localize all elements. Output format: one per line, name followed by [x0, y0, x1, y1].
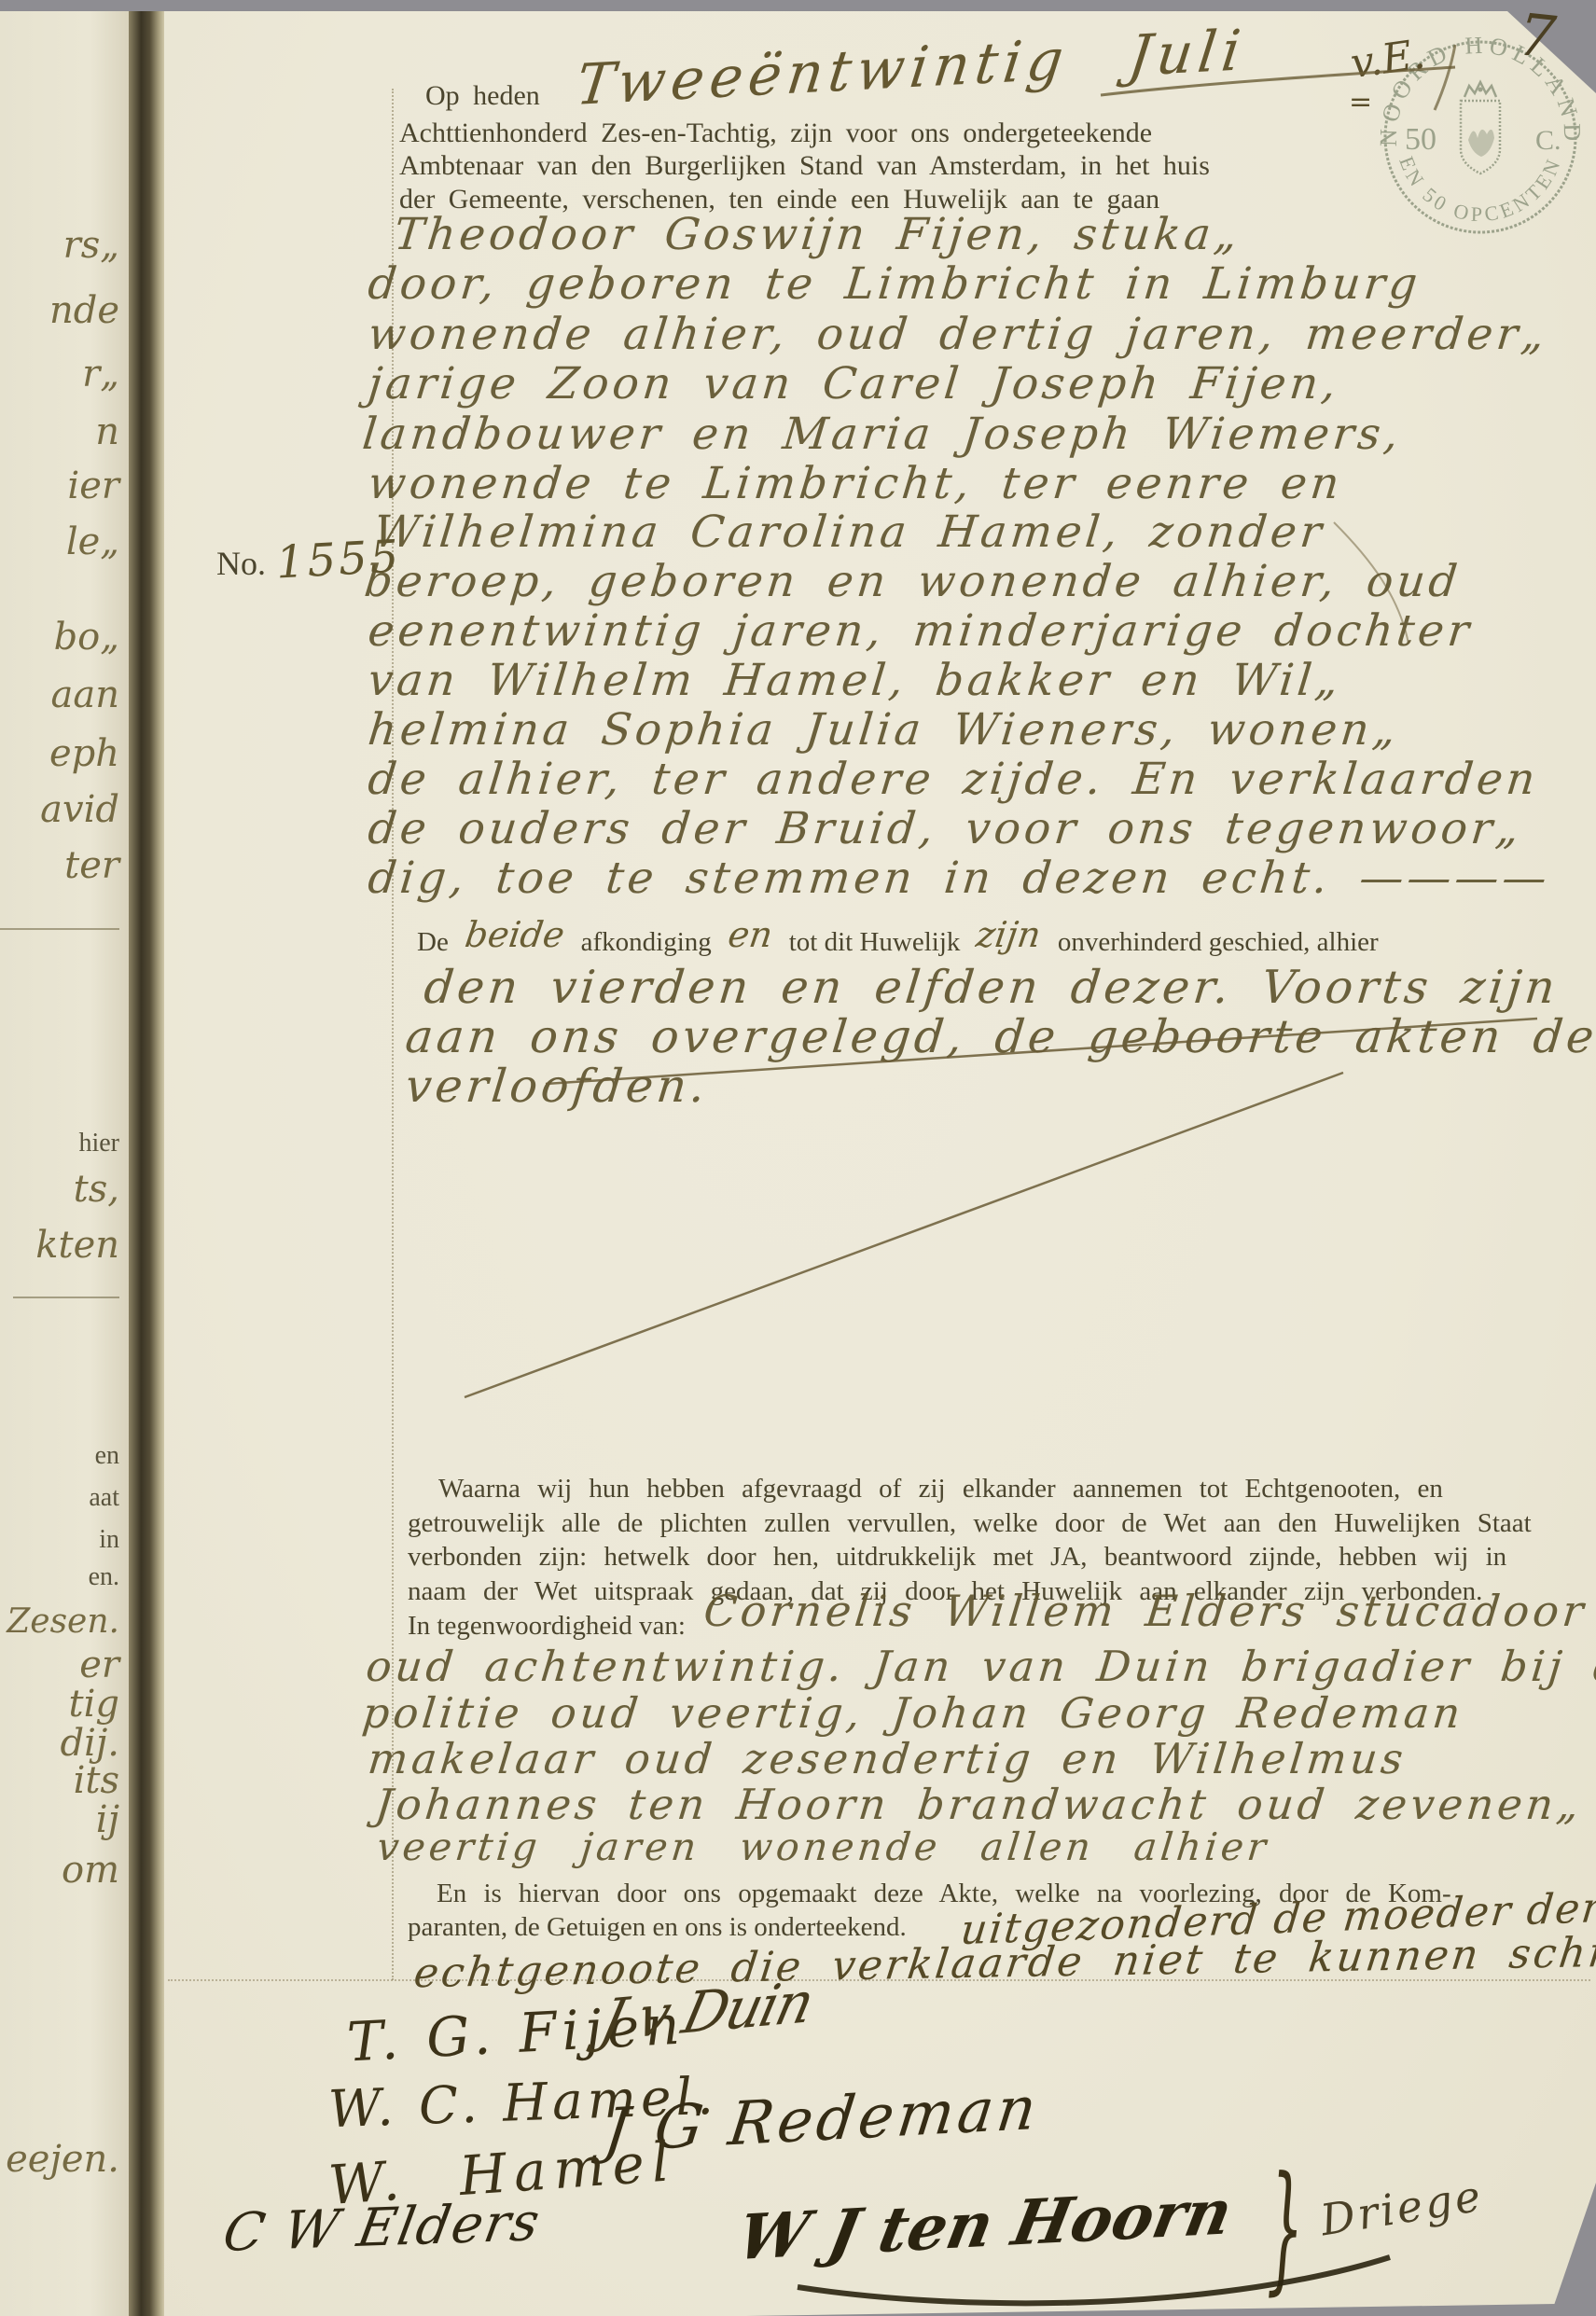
marriage-record-scan: rs„ nde r„ n ier le„ bo„ aan eph avid te…	[0, 0, 1596, 2316]
left-page-fragment: ier	[67, 465, 119, 507]
stamp-value-c: C.	[1535, 125, 1561, 156]
act-number-label: No.	[216, 544, 266, 583]
declaration-line: Waarna wij hun hebben afgevraagd of zij …	[438, 1474, 1443, 1505]
left-page-fragment: le„	[66, 520, 119, 563]
left-page-fragment: om	[62, 1849, 119, 1892]
left-page-fragment: r„	[82, 353, 119, 395]
left-page-fragment: eejen.	[6, 2138, 119, 2181]
left-page-fragment: n	[95, 410, 119, 453]
witness-line: politie oud veertig, Johan Georg Redeman	[360, 1688, 1466, 1738]
left-page-rule	[0, 928, 119, 930]
body-line: Wilhelmina Carolina Hamel, zonder	[371, 506, 1327, 558]
printed-intro: Op heden	[425, 80, 540, 112]
body-line: dig, toe te stemmen in dezen echt. ————	[366, 853, 1553, 904]
signature-witness-elders: C W Elders	[218, 2192, 546, 2264]
banns-printed: afkondiging	[581, 927, 712, 957]
left-page-fragment: nde	[49, 289, 119, 332]
banns-handwritten: beide	[463, 914, 567, 955]
declaration-line: verbonden zijn: hetwelk door hen, uitdru…	[408, 1542, 1506, 1573]
left-page-fragment: ts,	[74, 1168, 119, 1211]
banns-line: De beide afkondiging en tot dit Huwelijk…	[417, 918, 1379, 959]
body-line: wonende alhier, oud dertig jaren, meerde…	[366, 309, 1550, 360]
banns-handwritten-line: verloofden.	[403, 1060, 711, 1113]
left-page-fragment: in	[99, 1525, 119, 1555]
left-page-fragment: aan	[51, 673, 119, 716]
svg-text:EN 50 OPCENTEN: EN 50 OPCENTEN	[1395, 153, 1566, 226]
body-line: landbouwer en Maria Joseph Wiemers,	[360, 409, 1405, 460]
banns-handwritten-line: aan ons overgelegd, de geboorte akten de…	[403, 1010, 1596, 1063]
banns-printed: onverhinderd geschied, alhier	[1058, 927, 1379, 957]
header-line: Ambtenaar van den Burgerlijken Stand van…	[399, 150, 1210, 182]
witness-line: makelaar oud zesendertig en Wilhelmus	[366, 1734, 1409, 1783]
banns-handwritten: en	[726, 914, 775, 955]
left-page-fragment: rs„	[63, 224, 119, 267]
witness-intro: In tegenwoordigheid van:	[408, 1611, 686, 1642]
body-line: van Wilhelm Hamel, bakker en Wil„	[366, 655, 1344, 706]
header-line: Achttienhonderd Zes-en-Tachtig, zijn voo…	[399, 118, 1152, 149]
left-page-fragment: en.	[89, 1562, 119, 1592]
witness-name-first: Cornelis Willem Elders stucadoor	[701, 1586, 1589, 1636]
body-line: helmina Sophia Julia Wieners, wonen„	[366, 704, 1402, 756]
body-line: door, geboren te Limbricht in Limburg	[366, 258, 1423, 310]
banns-handwritten-line: den vierden en elfden dezer. Voorts zijn	[422, 961, 1561, 1014]
banns-printed: tot dit Huwelijk	[789, 927, 961, 957]
declaration-line: getrouwelijk alle de plichten zullen ver…	[408, 1508, 1532, 1539]
banns-handwritten: zijn	[974, 914, 1044, 955]
handwritten-mark: =	[1349, 86, 1372, 118]
witness-line: oud achtentwintig. Jan van Duin brigadie…	[364, 1642, 1596, 1691]
closing-line: paranten, de Getuigen en ons is ondertee…	[408, 1912, 907, 1943]
binding-gutter-shadow	[129, 11, 164, 2316]
body-line: Theodoor Goswijn Fijen, stuka„	[392, 209, 1243, 260]
left-page-fragment: tig	[69, 1683, 119, 1726]
left-page-fragment: en	[95, 1441, 119, 1471]
page-number-mark: 7	[1515, 0, 1559, 72]
left-page-fragment: aat	[89, 1483, 119, 1513]
left-page-fragment: bo„	[54, 616, 119, 659]
left-page-fragment: avid	[40, 788, 119, 831]
left-page-fragment: kten	[35, 1224, 119, 1267]
left-page-fragment: eph	[49, 732, 119, 775]
left-page-fragment: hier	[78, 1129, 119, 1158]
body-line: eenentwintig jaren, minderjarige dochter	[366, 605, 1475, 657]
stamp-value-50: 50	[1405, 122, 1436, 157]
banns-printed: De	[417, 927, 449, 957]
left-page-rule	[13, 1297, 119, 1298]
body-line: de alhier, ter andere zijde. En verklaar…	[366, 754, 1541, 805]
left-page-fragment: ter	[64, 844, 119, 887]
left-page-fragment: its	[74, 1759, 119, 1802]
witness-line: Johannes ten Hoorn brandwacht oud zevene…	[373, 1780, 1585, 1829]
left-page-fragment: Zesen.	[7, 1602, 119, 1641]
left-page-fragment: ij	[96, 1798, 119, 1841]
body-line: de ouders der Bruid, voor ons tegenwoor„	[366, 803, 1525, 854]
body-line: beroep, geboren en wonende alhier, oud	[362, 556, 1464, 607]
signature-brace: }	[1267, 2145, 1303, 2309]
body-line: wonende te Limbricht, ter eenre en	[366, 458, 1345, 509]
left-page-fragment: er	[79, 1643, 119, 1686]
stamp-bottom-arc-text: EN 50 OPCENTEN	[1395, 153, 1566, 226]
witness-line: veertig jaren wonende allen alhier	[375, 1824, 1271, 1869]
body-line: jarige Zoon van Carel Joseph Fijen,	[366, 358, 1342, 409]
